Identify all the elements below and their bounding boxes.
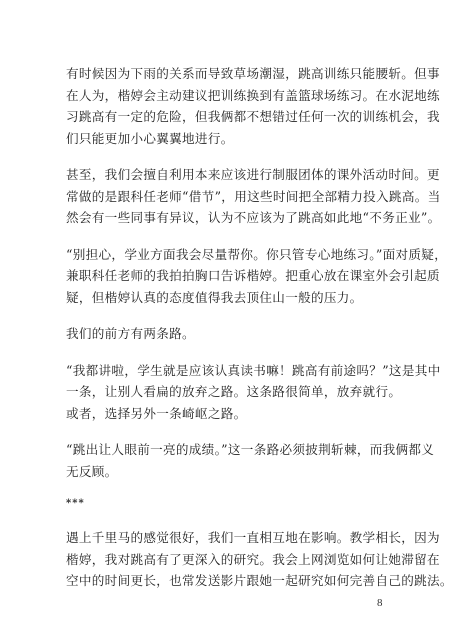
text-line: 习跳高有一定的危险，但我俩都不想错过任何一次的训练机会，我 [66, 106, 386, 128]
text-line: 兼职科任老师的我拍拍胸口告诉楷婷。把重心放在课室外会引起质 [66, 265, 386, 287]
text-line: 我们的前方有两条路。 [66, 323, 386, 345]
page-number: 8 [377, 597, 383, 609]
text-line: 们只能更加小心翼翼地进行。 [66, 128, 386, 150]
paragraph-two-roads: 我们的前方有两条路。 [66, 323, 386, 345]
text-line: 楷婷，我对跳高有了更深入的研究。我会上网浏览如何让她滞留在 [66, 549, 386, 571]
text-line: 甚至，我们会擅自利用本来应该进行制服团体的课外活动时间。更 [66, 164, 386, 186]
text-line: 一条，让别人看扁的放弃之路。这条路很简单，放弃就行。 [66, 381, 386, 403]
paragraph-borrow-lessons: 甚至，我们会擅自利用本来应该进行制服团体的课外活动时间。更 常做的是跟科任老师“… [66, 164, 386, 229]
text-line: 遇上千里马的感觉很好，我们一直相互地在影响。教学相长，因为 [66, 527, 386, 549]
text-line: 在人为，楷婷会主动建议把训练换到有盖篮球场练习。在水泥地练 [66, 85, 386, 107]
text-line: 空中的时间更长，也常发送影片跟她一起研究如何完善自己的跳法。 [66, 570, 386, 592]
paragraph-dont-worry: “别担心，学业方面我会尽量帮你。你只管专心地练习。”面对质疑， 兼职科任老师的我… [66, 244, 386, 309]
text-line: “跳出让人眼前一亮的成绩。”这一条路必须披荆斩棘，而我俩都义 [66, 439, 386, 461]
text-line: “别担心，学业方面我会尽量帮你。你只管专心地练习。”面对质疑， [66, 244, 386, 266]
paragraph-mutual-influence: 遇上千里马的感觉很好，我们一直相互地在影响。教学相长，因为 楷婷，我对跳高有了更… [66, 527, 386, 592]
paragraph-rain-training: 有时候因为下雨的关系而导致草场潮湿，跳高训练只能腰斩。但事 在人为，楷婷会主动建… [66, 63, 386, 149]
paragraph-road-give-up: “我都讲啦，学生就是应该认真读书嘛！跳高有前途吗？”这是其中 一条，让别人看扁的… [66, 360, 386, 425]
text-line: 或者，选择另外一条崎岖之路。 [66, 403, 386, 425]
text-line: 常做的是跟科任老师“借节”，用这些时间把全部精力投入跳高。当 [66, 186, 386, 208]
document-page: 有时候因为下雨的关系而导致草场潮湿，跳高训练只能腰斩。但事 在人为，楷婷会主动建… [66, 63, 386, 607]
text-line: 然会有一些同事有异议，认为不应该为了跳高如此地“不务正业”。 [66, 207, 386, 229]
paragraph-road-excel: “跳出让人眼前一亮的成绩。”这一条路必须披荆斩棘，而我俩都义 无反顾。 [66, 439, 386, 482]
section-separator: *** [66, 497, 386, 511]
text-line: 无反顾。 [66, 461, 386, 483]
text-line: 有时候因为下雨的关系而导致草场潮湿，跳高训练只能腰斩。但事 [66, 63, 386, 85]
text-line: “我都讲啦，学生就是应该认真读书嘛！跳高有前途吗？”这是其中 [66, 360, 386, 382]
text-line: 疑，但楷婷认真的态度值得我去顶住山一般的压力。 [66, 287, 386, 309]
